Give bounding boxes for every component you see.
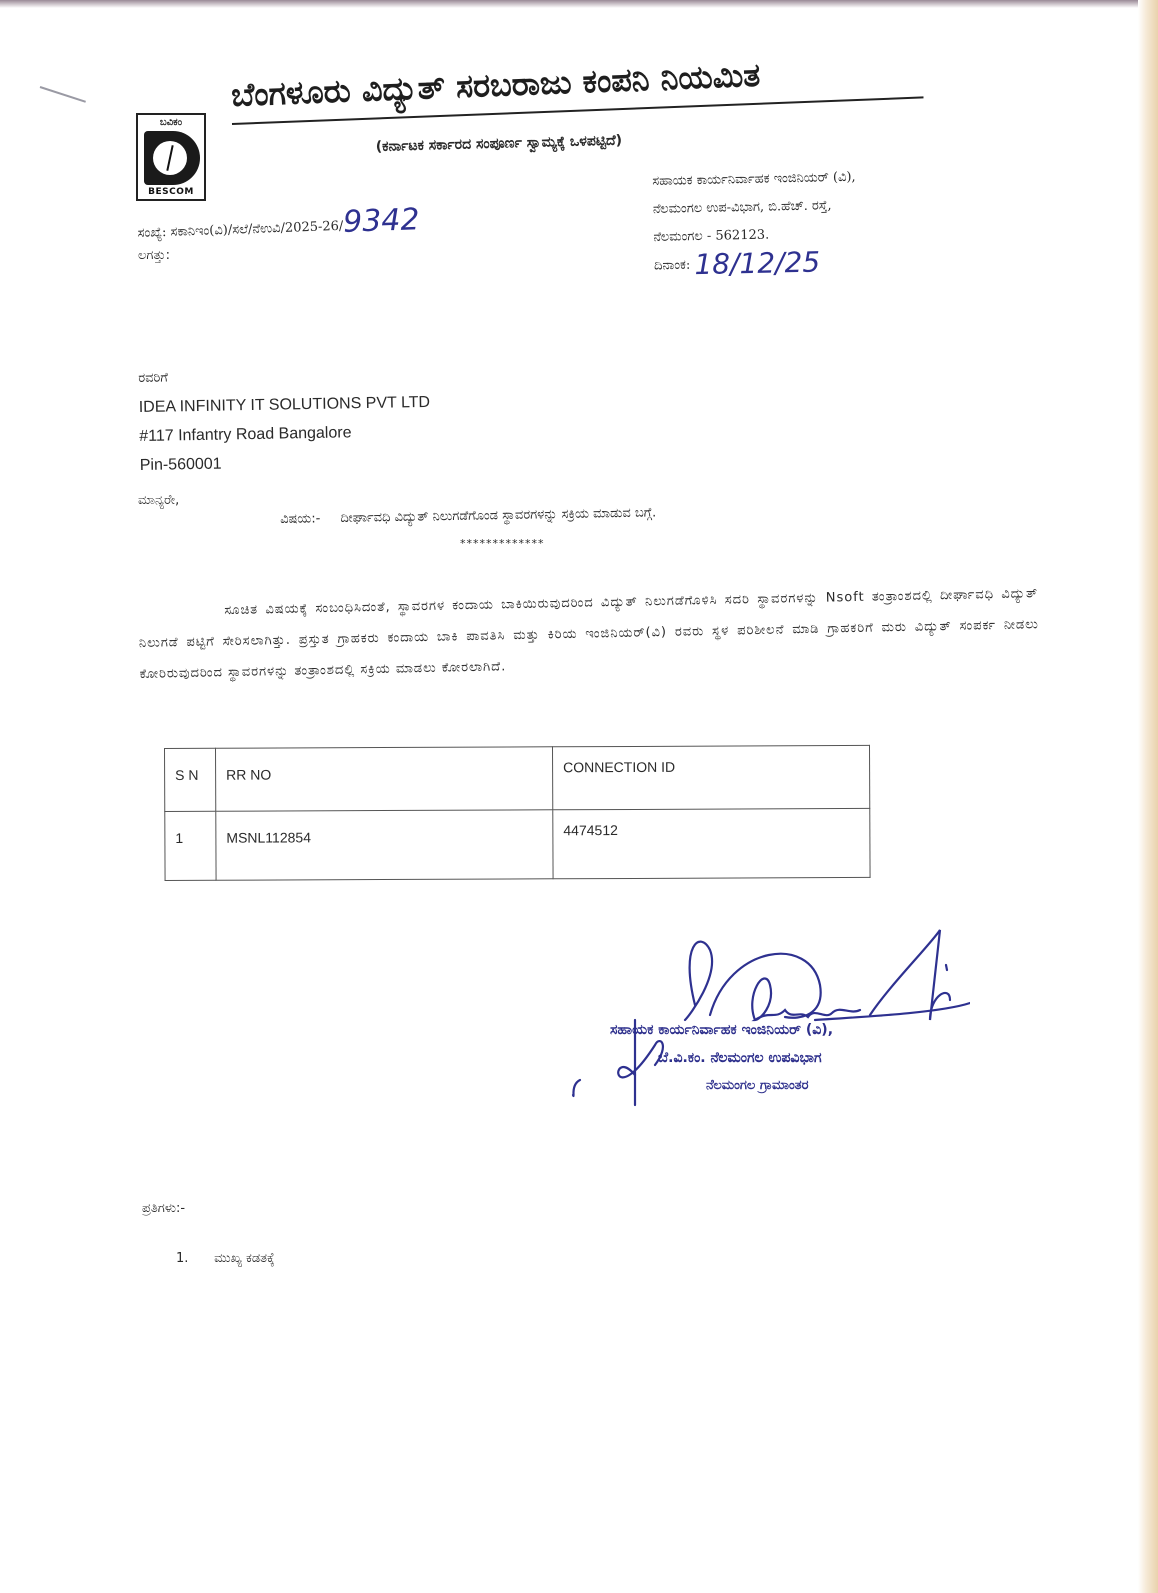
signature-designation: ಸಹಾಯಕ ಕಾರ್ಯನಿರ್ವಾಹಕ ಇಂಜಿನಿಯರ್ (ವಿ), ಬೆ.ವ… xyxy=(610,1016,833,1100)
reference-prefix: ಸಕಾನಿಇಂ(ವಿ)/ಸಲೆ/ನೆಉವಿ/2025-26/ xyxy=(170,219,343,240)
reference-number: ಸಂಖ್ಯೆ: ಸಕಾನಿಇಂ(ವಿ)/ಸಲೆ/ನೆಉವಿ/2025-26/93… xyxy=(137,200,420,245)
copy-number: 1. xyxy=(176,1251,210,1266)
office-line: ಸಹಾಯಕ ಕಾರ್ಯನಿರ್ವಾಹಕ ಇಂಜಿನಿಯರ್ (ವಿ), xyxy=(652,164,856,196)
copies-list: 1. ಮುಖ್ಯ ಕಡತಕ್ಕೆ xyxy=(176,1251,275,1266)
recipient-pin: Pin-560001 xyxy=(140,446,432,480)
subject-line: ವಿಷಯ:- ದೀರ್ಘಾವಧಿ ವಿದ್ಯುತ್ ನಿಲುಗಡೆಗೊಂಡ ಸ್… xyxy=(280,505,656,527)
bescom-logo: ಬವಿಕಂ BESCOM xyxy=(136,113,206,201)
header-rr-no: RR NO xyxy=(216,747,553,811)
table-header-row: S N RR NO CONNECTION ID xyxy=(165,745,870,811)
designation-line: ಸಹಾಯಕ ಕಾರ್ಯನಿರ್ವಾಹಕ ಇಂಜಿನಿಯರ್ (ವಿ), xyxy=(610,1016,833,1044)
company-name: ಬೆಂಗಳೂರು ವಿದ್ಯುತ್ ಸರಬರಾಜು ಕಂಪನಿ ನಿಯಮಿತ xyxy=(231,49,932,115)
cell-connection-id: 4474512 xyxy=(553,808,870,878)
list-item: 1. ಮುಖ್ಯ ಕಡತಕ್ಕೆ xyxy=(176,1251,275,1266)
reference-handwritten-number: 9342 xyxy=(343,202,421,240)
date-label: ದಿನಾಂಕ: xyxy=(654,258,691,274)
subject-label: ವಿಷಯ:- xyxy=(280,511,320,527)
office-line: ನೆಲಮಂಗಲ ಉಪ-ವಿಭಾಗ, ಬಿ.ಹೆಚ್. ರಸ್ತೆ, xyxy=(653,192,857,224)
body-paragraph: ಸೂಚಿತ ವಿಷಯಕ್ಕೆ ಸಂಬಂಧಿಸಿದಂತೆ, ಸ್ಥಾವರಗಳ ಕಂ… xyxy=(138,578,1040,690)
copy-text: ಮುಖ್ಯ ಕಡತಕ್ಕೆ xyxy=(214,1251,275,1266)
salutation: ಮಾನ್ಯರೇ, xyxy=(138,493,179,508)
logo-b-shape xyxy=(144,131,200,185)
connection-table: S N RR NO CONNECTION ID 1 MSNL112854 447… xyxy=(164,745,871,881)
recipient-block: ರವರಿಗೆ IDEA INFINITY IT SOLUTIONS PVT LT… xyxy=(138,359,431,480)
designation-line: ನೆಲಮಂಗಲ ಗ್ರಾಮಾಂತರ xyxy=(706,1072,833,1100)
recipient-name: IDEA INFINITY IT SOLUTIONS PVT LTD xyxy=(139,388,431,422)
date-line: ದಿನಾಂಕ: 18/12/25 xyxy=(654,248,858,281)
copies-label: ಪ್ರತಿಗಳು:- xyxy=(142,1201,185,1216)
header-sn: S N xyxy=(165,748,216,811)
reference-label: ಸಂಖ್ಯೆ: xyxy=(137,225,166,241)
company-subtitle: (ಕರ್ನಾಟಕ ಸರ್ಕಾರದ ಸಂಪೂರ್ಣ ಸ್ವಾಮ್ಯಕ್ಕೆ ಒಳಪ… xyxy=(376,133,623,155)
office-address: ಸಹಾಯಕ ಕಾರ್ಯನಿರ್ವಾಹಕ ಇಂಜಿನಿಯರ್ (ವಿ), ನೆಲಮ… xyxy=(652,164,858,281)
designation-line: ಬೆ.ವಿ.ಕಂ. ನೆಲಮಂಗಲ ಉಪವಿಭಾಗ xyxy=(658,1044,833,1072)
logo-bottom-text: BESCOM xyxy=(138,187,204,197)
table-row: 1 MSNL112854 4474512 xyxy=(165,808,870,880)
logo-top-text: ಬವಿಕಂ xyxy=(138,117,204,128)
logo-pole-icon xyxy=(153,141,187,175)
subject-separator: ************* xyxy=(460,537,545,550)
enclosure-label: ಲಗತ್ತು: xyxy=(138,248,170,263)
date-handwritten: 18/12/25 xyxy=(694,246,820,282)
subject-text: ದೀರ್ಘಾವಧಿ ವಿದ್ಯುತ್ ನಿಲುಗಡೆಗೊಂಡ ಸ್ಥಾವರಗಳನ… xyxy=(340,505,656,526)
header-connection-id: CONNECTION ID xyxy=(552,745,869,809)
cell-sn: 1 xyxy=(165,811,216,880)
letter-page: ಬವಿಕಂ BESCOM ಬೆಂಗಳೂರು ವಿದ್ಯುತ್ ಸರಬರಾಜು ಕ… xyxy=(0,0,1158,1593)
cell-rr-no: MSNL112854 xyxy=(216,810,553,880)
